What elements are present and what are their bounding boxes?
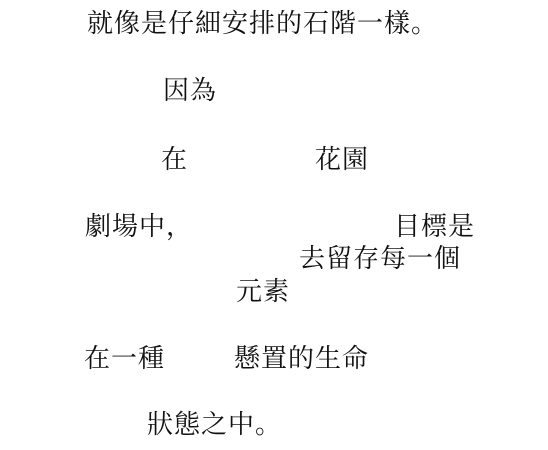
poem-segment-garden: 花園	[315, 146, 369, 172]
poem-segment-theatre: 劇場中，	[85, 213, 193, 239]
poem-segment-goal-is: 目標是	[394, 213, 475, 239]
poem-segment-element: 元素	[236, 278, 290, 304]
poem-segment-suspended-life: 懸置的生命	[234, 345, 369, 371]
poem-line-because: 因為	[163, 77, 217, 103]
poem-segment-in-a-kind: 在一種	[84, 345, 165, 371]
poem-segment-preserve: 去留存每一個	[299, 245, 461, 271]
poem-line-stone-steps: 就像是仔細安排的石階一樣。	[87, 10, 438, 36]
poem-page: 就像是仔細安排的石階一樣。 因為 在 花園 劇場中， 目標是 去留存每一個 元素…	[0, 0, 548, 450]
poem-segment-in: 在	[161, 146, 188, 172]
poem-segment-state-of: 狀態之中。	[147, 411, 282, 437]
